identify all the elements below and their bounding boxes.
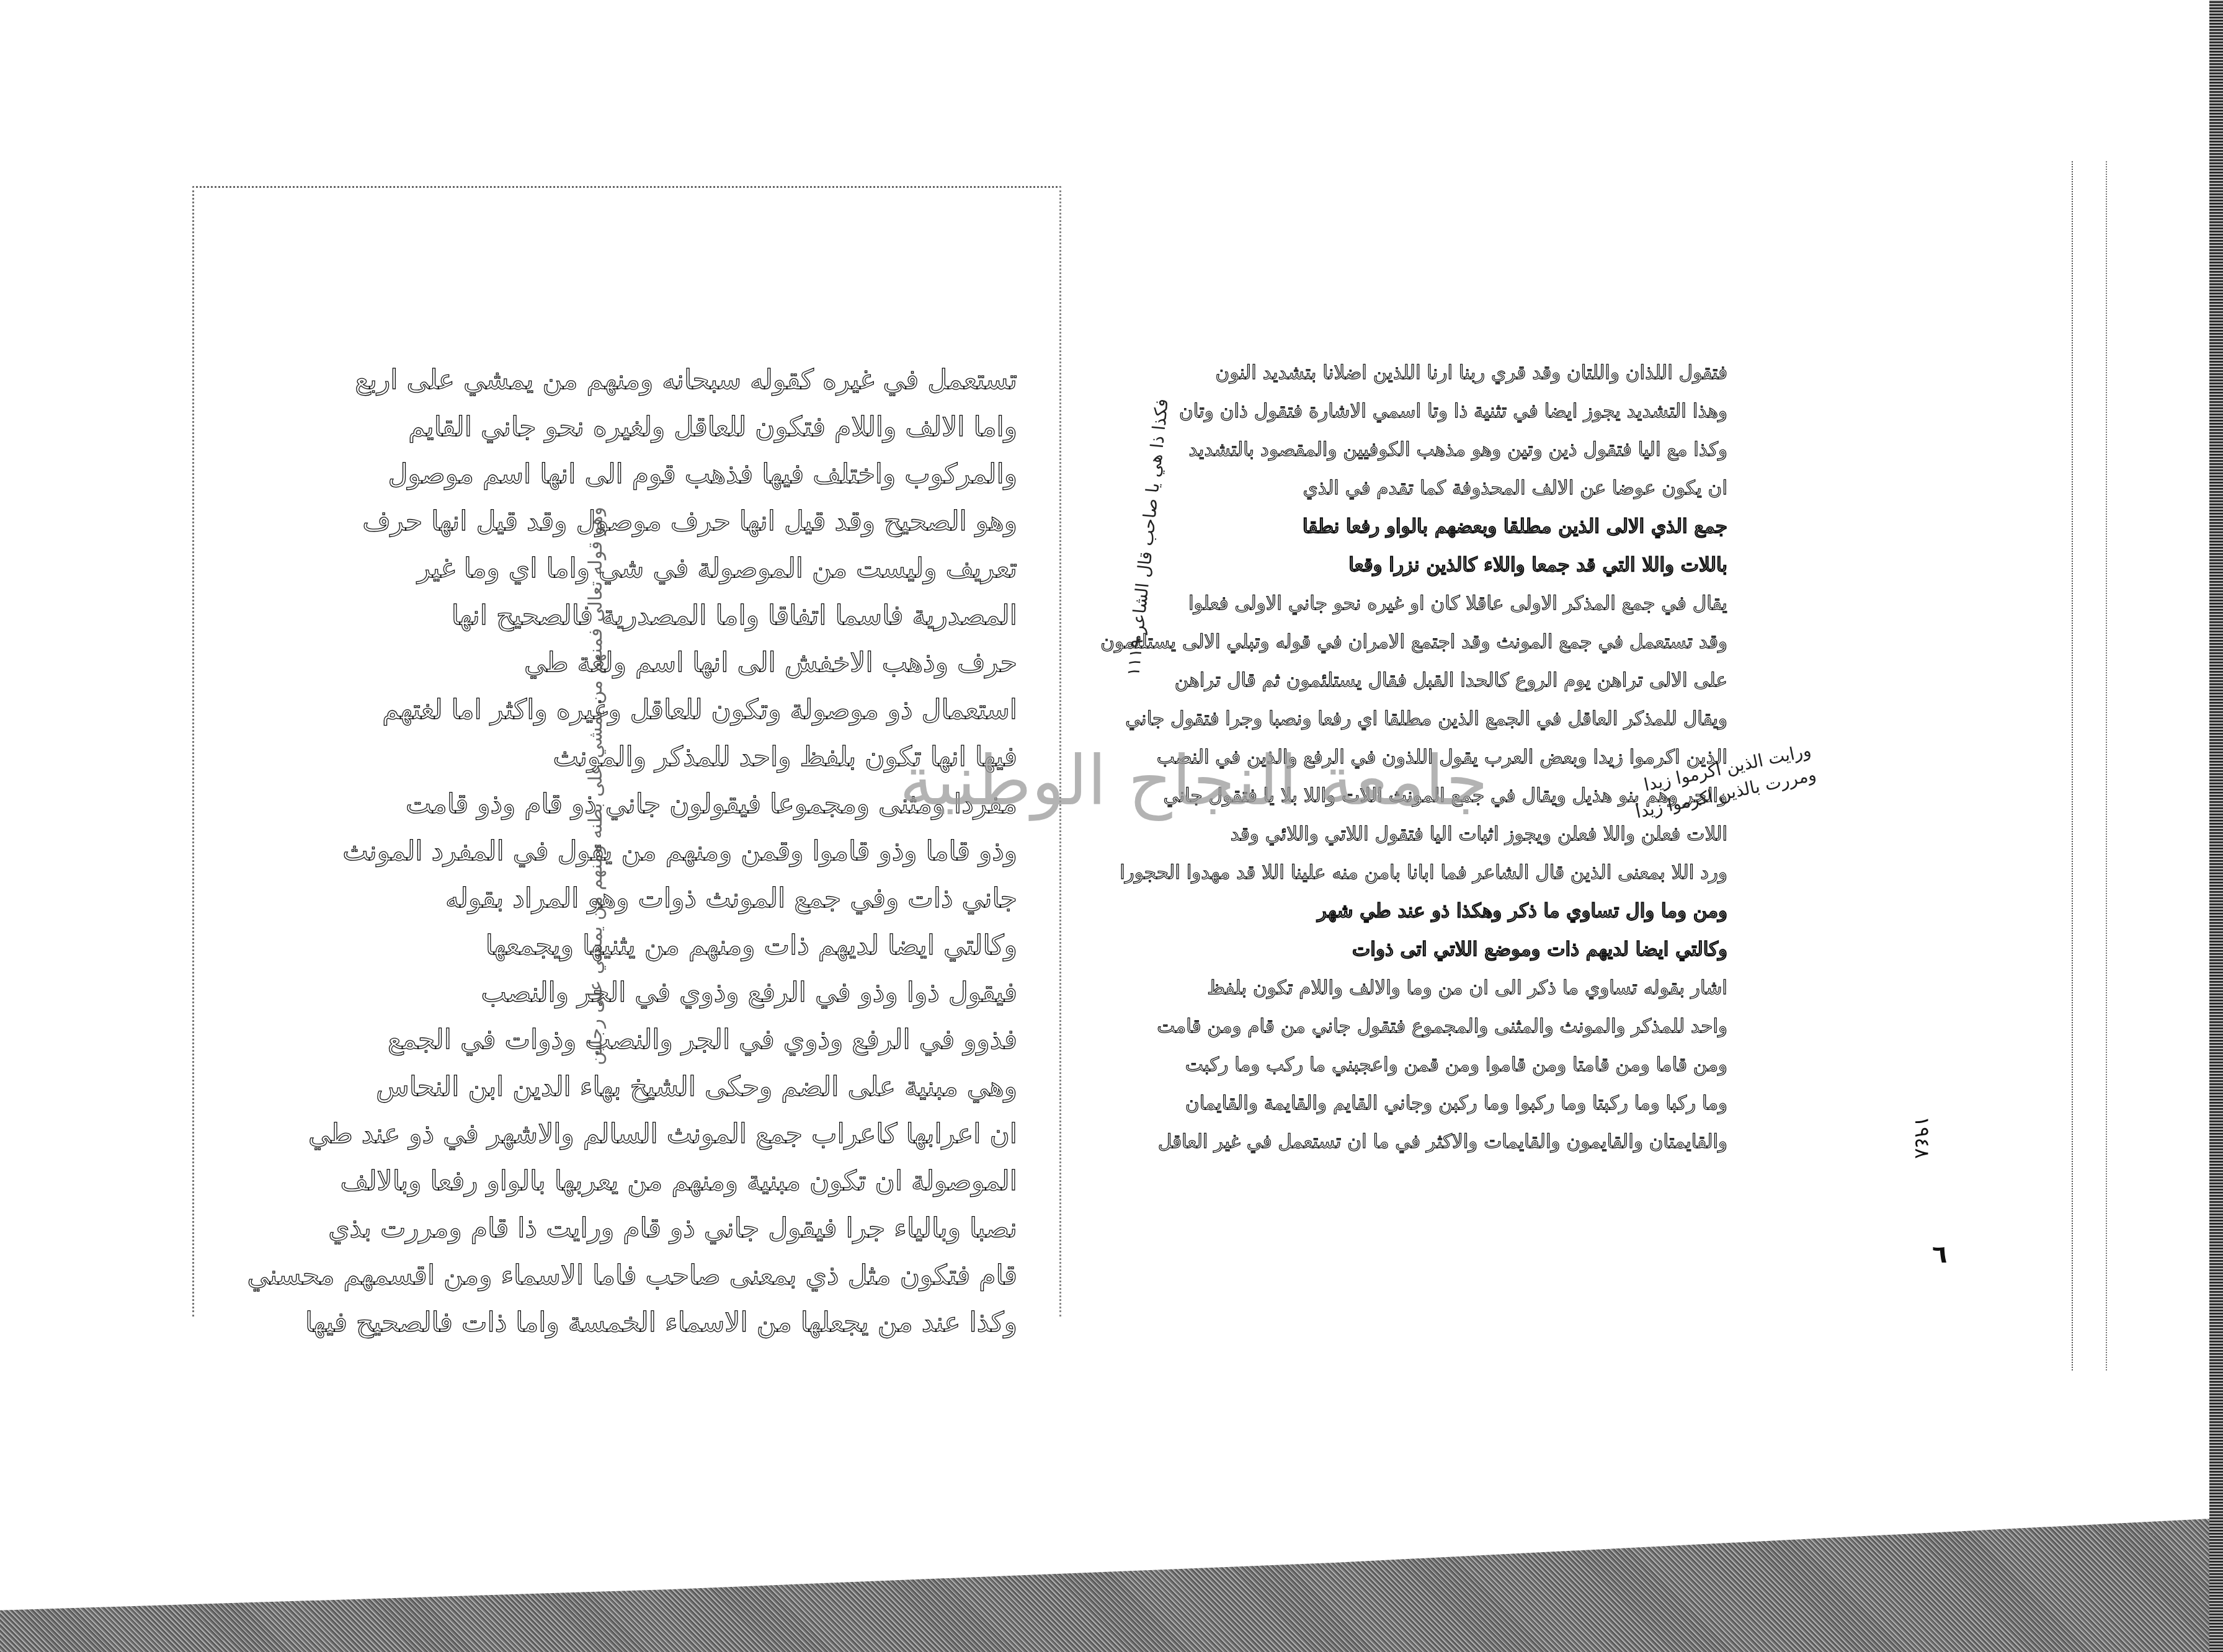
manuscript-line: وكالتي ايضا لديهم ذات ومنهم من يثنيها وي…: [397, 922, 1017, 969]
verse-line: جمع الذي الالى الذين مطلقا وبعضهم بالواو…: [1082, 507, 1727, 546]
manuscript-line: المصدرية فاسما اتفاقا واما المصدرية فالص…: [397, 592, 1017, 639]
university-watermark: جامعة النجاح الوطنية: [899, 741, 1488, 820]
scan-background-shadow: [0, 1503, 2223, 1652]
manuscript-line: قام فتكون مثل ذي بمعنى صاحب فاما الاسماء…: [397, 1252, 1017, 1299]
manuscript-line: فذوو في الرفع وذوي في الجر والنصب وذوات …: [397, 1016, 1017, 1064]
manuscript-line: ان يكون عوضا عن الالف المحذوفة كما تقدم …: [1082, 469, 1727, 507]
book-spine-edge: [2072, 161, 2074, 1370]
verse-line: ومن وما وال تساوي ما ذكر وهكذا ذو عند طي…: [1082, 892, 1727, 930]
verse-line: وكالتي ايضا لديهم ذات وموضع اللاتي اتى ذ…: [1082, 930, 1727, 969]
manuscript-line: يقال في جمع المذكر الاولى عاقلا كان او غ…: [1082, 584, 1727, 623]
manuscript-line: وهذا التشديد يجوز ايضا في تثنية ذا وتا ا…: [1082, 392, 1727, 430]
manuscript-line: والقايمتان والقايمون والقايمات والاكثر ف…: [1082, 1122, 1727, 1161]
manuscript-line: وذو قاما وذو قاموا وقمن ومنهم من يقول في…: [397, 828, 1017, 875]
manuscript-line: اشار بقوله تساوي ما ذكر الى ان من وما وا…: [1082, 969, 1727, 1007]
manuscript-line: على الالى تراهن يوم الروع كالحدا القبل ف…: [1082, 661, 1727, 699]
manuscript-line: فتقول اللذان واللتان وقد قري ربنا ارنا ا…: [1082, 353, 1727, 392]
folio-number: ٦: [1932, 1240, 1947, 1269]
manuscript-line: وما ركبا وما ركبتا وما ركبوا وما ركبن وج…: [1082, 1084, 1727, 1122]
manuscript-line: جاني ذات وفي جمع المونث ذوات وهو المراد …: [397, 875, 1017, 922]
manuscript-line: فيقول ذوا وذو في الرفع وذوي في الجر والن…: [397, 969, 1017, 1016]
manuscript-line: وكذا مع اليا فتقول ذين وتين وهو مذهب الك…: [1082, 430, 1727, 469]
manuscript-line: وهو الصحيح وقد قيل انها حرف موصول وقد قي…: [397, 498, 1017, 545]
manuscript-line: واما الالف واللام فتكون للعاقل ولغيره نح…: [397, 404, 1017, 451]
manuscript-line: ان اعرابها كاعراب جمع المونث السالم والا…: [397, 1111, 1017, 1158]
scan-edge-noise: [2209, 0, 2223, 1652]
manuscript-line: ويقال للمذكر العاقل في الجمع الذين مطلقا…: [1082, 699, 1727, 738]
manuscript-line: ومن قاما ومن قامتا ومن قاموا ومن قمن واع…: [1082, 1046, 1727, 1084]
left-folio-text: تستعمل في غيره كقوله سبحانه ومنهم من يمش…: [397, 357, 1017, 1346]
manuscript-line: واحد للمذكر والمونث والمثنى والمجموع فتق…: [1082, 1007, 1727, 1046]
manuscript-line: نصبا وبالياء جرا فيقول جاني ذو قام ورايت…: [397, 1205, 1017, 1252]
manuscript-line: وكذا عند من يجعلها من الاسماء الخمسة وام…: [397, 1299, 1017, 1346]
folio-side-mark: ١٩٤٨: [1910, 1116, 1934, 1159]
manuscript-line: ورد اللا بمعنى الذين قال الشاعر فما ابان…: [1082, 853, 1727, 892]
manuscript-line: تستعمل في غيره كقوله سبحانه ومنهم من يمش…: [397, 357, 1017, 404]
manuscript-line: حرف وذهب الاخفش الى انها اسم ولغة طي: [397, 639, 1017, 686]
manuscript-line: وهي مبنية على الضم وحكى الشيخ بهاء الدين…: [397, 1064, 1017, 1111]
manuscript-line: الموصولة ان تكون مبنية ومنهم من يعربها ب…: [397, 1158, 1017, 1205]
manuscript-line: اللات فعلن واللا فعلن ويجوز اثبات اليا ف…: [1082, 815, 1727, 853]
manuscript-line: والمركوب واختلف فيها فذهب قوم الى انها ا…: [397, 451, 1017, 498]
verse-line: باللات واللا التي قد جمعا واللاء كالذين …: [1082, 546, 1727, 584]
book-spine-edge-outer: [2106, 161, 2108, 1370]
manuscript-line: استعمال ذو موصولة وتكون للعاقل وغيره واك…: [397, 686, 1017, 734]
manuscript-line: وقد تستعمل في جمع المونث وقد اجتمع الامر…: [1082, 623, 1727, 661]
manuscript-line: تعريف وليست من الموصولة في شي واما اي وم…: [397, 545, 1017, 592]
left-margin-note: وهو قوله تعالى فمنهم من يمشي على بطنه وم…: [585, 352, 607, 1220]
